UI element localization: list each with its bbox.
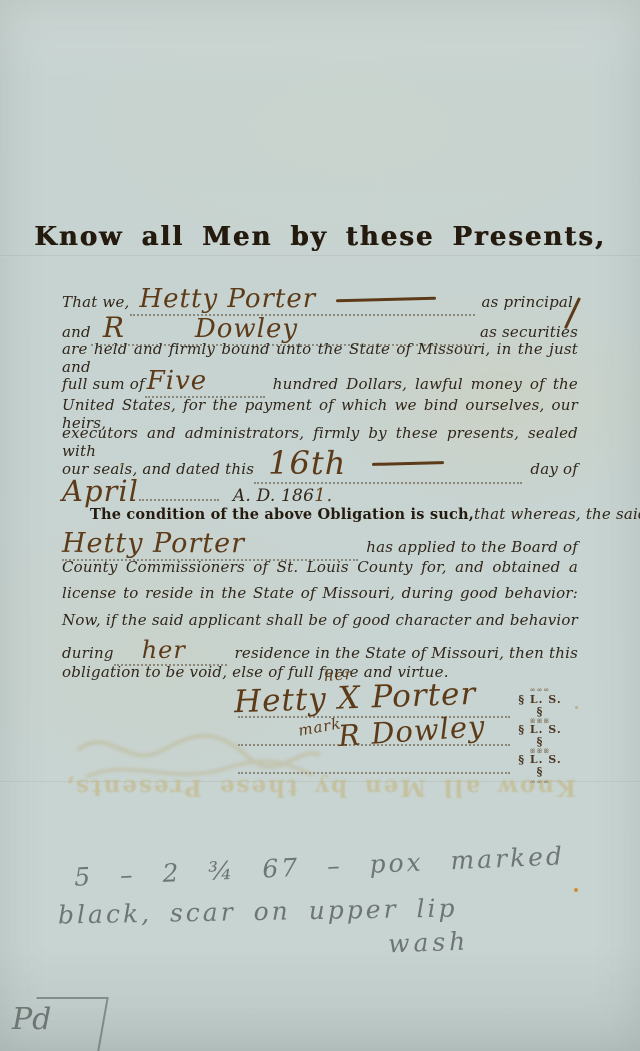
fill-in-line bbox=[139, 499, 219, 501]
handwritten-year-digit: 1. bbox=[314, 485, 333, 506]
printed-text: hundred Dollars, lawful money of the bbox=[273, 375, 578, 393]
body-line-13: Now, if the said applicant shall be of g… bbox=[62, 611, 578, 629]
printed-text: and bbox=[62, 323, 91, 341]
body-line-14: during her residence in the State of Mis… bbox=[62, 636, 578, 666]
printed-text: has applied to the Board of bbox=[366, 538, 578, 556]
pencil-note-description: 5 – 2 ¾ 67 – pox marked bbox=[74, 841, 566, 891]
fill-in-line: Five bbox=[145, 366, 265, 398]
body-line-11: County Commissioners of St. Louis County… bbox=[62, 558, 578, 576]
printed-text: County Commissioners of St. Louis County… bbox=[62, 558, 578, 576]
printed-text: that whereas, the said bbox=[474, 505, 640, 523]
printed-text: Now, if the said applicant shall be of g… bbox=[62, 611, 578, 629]
document-page: Know all Men by these Presents, That we,… bbox=[0, 0, 640, 1051]
handwritten-dash bbox=[372, 461, 444, 465]
mirrored-title-showthrough: Know all Men by these Presents, bbox=[0, 774, 640, 801]
body-line-9: The condition of the above Obligation is… bbox=[90, 505, 578, 523]
pencil-note-description: wash bbox=[388, 927, 470, 959]
printed-text: residence in the State of Missouri, then… bbox=[235, 644, 578, 662]
handwritten-applicant-name: Hetty Porter bbox=[62, 528, 245, 559]
document-title: Know all Men by these Presents, bbox=[0, 222, 640, 252]
handwritten-month: April bbox=[62, 474, 139, 508]
foxing-speck bbox=[575, 706, 578, 709]
body-line-12: license to reside in the State of Missou… bbox=[62, 584, 578, 602]
fold-crease bbox=[0, 255, 640, 257]
body-line-8: April A. D. 186 1. bbox=[62, 474, 578, 508]
body-line-4: full sum of Five hundred Dollars, lawful… bbox=[62, 366, 578, 398]
fill-in-line: Hetty Porter bbox=[62, 528, 358, 561]
handwritten-principal-name: Hetty Porter bbox=[140, 284, 317, 314]
body-line-10: Hetty Porter has applied to the Board of bbox=[62, 528, 578, 561]
printed-bold-text: The condition of the above Obligation is… bbox=[90, 506, 474, 523]
printed-text: as principal, bbox=[481, 293, 578, 311]
fill-in-line: her bbox=[114, 636, 227, 666]
handwritten-dash bbox=[336, 296, 436, 301]
printed-text: full sum of bbox=[62, 375, 145, 393]
printed-text: license to reside in the State of Missou… bbox=[62, 584, 578, 602]
ink-showthrough-ghost bbox=[68, 695, 328, 785]
pencil-note-description: black, scar on upper lip bbox=[58, 894, 458, 930]
handwritten-amount: Five bbox=[147, 366, 207, 396]
printed-text: That we, bbox=[62, 293, 130, 311]
printed-text: as securities bbox=[480, 323, 578, 341]
seal-label: § L. S. § bbox=[515, 694, 565, 718]
printed-text: A. D. 186 bbox=[233, 486, 314, 506]
body-line-15: obligation to be void, else of full forc… bbox=[62, 663, 578, 681]
paid-mark: Pd bbox=[12, 1002, 51, 1037]
foxing-speck bbox=[574, 888, 578, 892]
printed-text: during bbox=[62, 644, 114, 662]
handwritten-pronoun: her bbox=[142, 636, 186, 664]
seal-label: § L. S. § bbox=[515, 724, 565, 748]
foxing-speck bbox=[120, 463, 123, 466]
